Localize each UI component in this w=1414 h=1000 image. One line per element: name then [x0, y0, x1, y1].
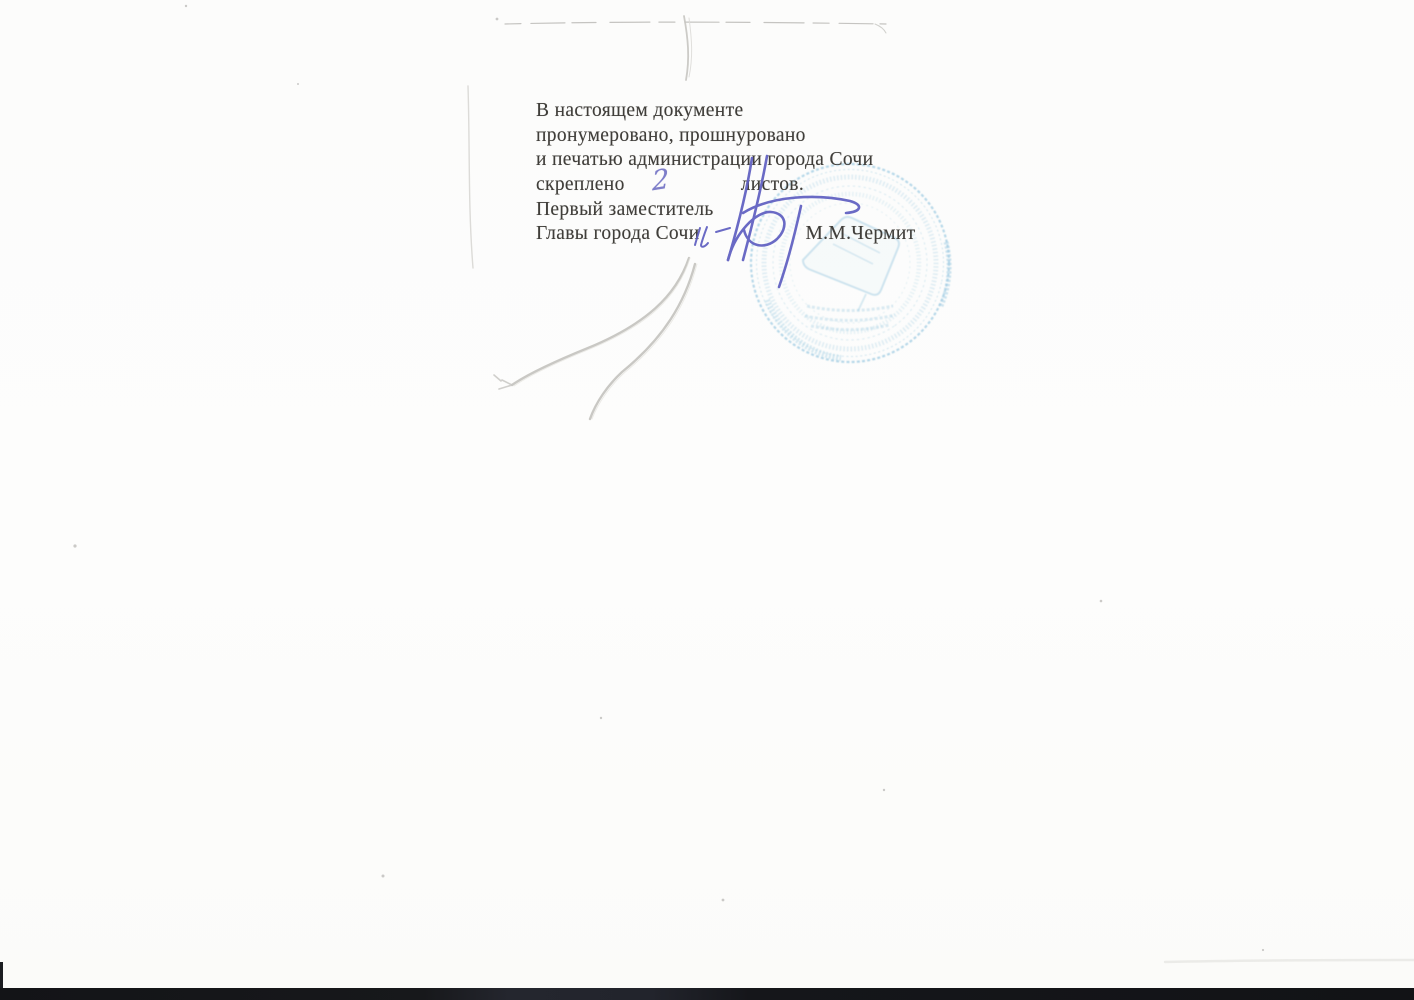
scanned-document-page: В настоящем документе пронумеровано, про… [0, 0, 1414, 1000]
paper-top-edge [505, 22, 886, 24]
scanner-bottom-band [0, 988, 1414, 1000]
scanner-faint-line [1165, 960, 1414, 962]
binding-thread-top [684, 16, 692, 80]
signature-ink [660, 115, 900, 295]
signature-loop [728, 212, 784, 260]
paper-top-edge-corner [875, 24, 886, 33]
thread-frayed-end [494, 375, 512, 389]
bound-word: скреплено [536, 174, 625, 195]
paper-left-edge [468, 86, 473, 268]
signature-initials [695, 227, 730, 247]
seal-microtext [805, 306, 895, 330]
